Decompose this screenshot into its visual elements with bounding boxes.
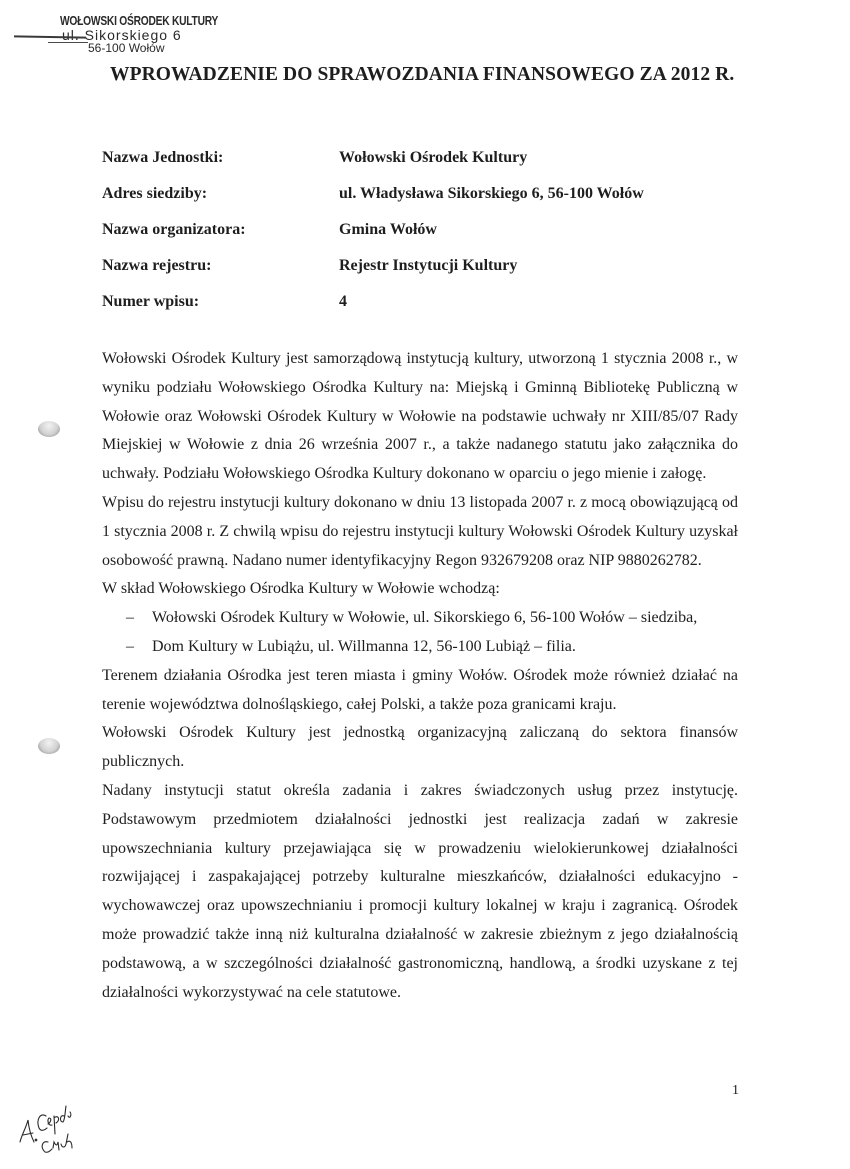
dash-bullet-icon: – [126, 633, 152, 662]
paragraph-composition-intro: W skład Wołowskiego Ośrodka Kultury w Wo… [102, 575, 738, 604]
info-row-organizer: Nazwa organizatora: Gmina Wołów [102, 212, 644, 248]
list-item: – Wołowski Ośrodek Kultury w Wołowie, ul… [102, 604, 738, 633]
document-body: Wołowski Ośrodek Kultury jest samorządow… [102, 345, 738, 1007]
units-list: – Wołowski Ośrodek Kultury w Wołowie, ul… [102, 604, 738, 662]
page-number: 1 [732, 1083, 739, 1099]
entity-info-table: Nazwa Jednostki: Wołowski Ośrodek Kultur… [102, 140, 644, 320]
info-row-register: Nazwa rejestru: Rejestr Instytucji Kultu… [102, 248, 644, 284]
paragraph-registration: Wpisu do rejestru instytucji kultury dok… [102, 489, 738, 575]
info-label: Nazwa Jednostki: [102, 149, 339, 167]
info-label: Adres siedziby: [102, 185, 339, 203]
info-value: ul. Władysława Sikorskiego 6, 56-100 Woł… [339, 185, 644, 203]
punch-hole [38, 421, 60, 437]
list-item-text: Wołowski Ośrodek Kultury w Wołowie, ul. … [152, 604, 697, 633]
stamp-pen-stroke [48, 42, 88, 43]
info-row-entry-number: Numer wpisu: 4 [102, 284, 644, 320]
paragraph-history: Wołowski Ośrodek Kultury jest samorządow… [102, 345, 738, 489]
paragraph-statute: Nadany instytucji statut określa zadania… [102, 777, 738, 1007]
organization-stamp: WOŁOWSKI OŚRODEK KULTURY ul. Sikorskiego… [60, 14, 253, 55]
list-item: – Dom Kultury w Lubiążu, ul. Willmanna 1… [102, 633, 738, 662]
paragraph-sector: Wołowski Ośrodek Kultury jest jednostką … [102, 719, 738, 777]
info-value: 4 [339, 293, 347, 311]
info-label: Nazwa rejestru: [102, 257, 339, 275]
info-value: Rejestr Instytucji Kultury [339, 257, 517, 275]
document-title: WPROWADZENIE DO SPRAWOZDANIA FINANSOWEGO… [110, 64, 734, 86]
info-value: Gmina Wołów [339, 221, 437, 239]
paragraph-territory: Terenem działania Ośrodka jest teren mia… [102, 662, 738, 720]
dash-bullet-icon: – [126, 604, 152, 633]
list-item-text: Dom Kultury w Lubiążu, ul. Willmanna 12,… [152, 633, 576, 662]
info-value: Wołowski Ośrodek Kultury [339, 149, 527, 167]
stamp-org-name: WOŁOWSKI OŚRODEK KULTURY [60, 14, 218, 28]
stamp-city: 56-100 Wołów [88, 41, 253, 55]
handwritten-signature [12, 1090, 82, 1160]
stamp-pen-stroke [14, 35, 86, 38]
info-row-entity-name: Nazwa Jednostki: Wołowski Ośrodek Kultur… [102, 140, 644, 176]
info-row-address: Adres siedziby: ul. Władysława Sikorskie… [102, 176, 644, 212]
info-label: Numer wpisu: [102, 293, 339, 311]
info-label: Nazwa organizatora: [102, 221, 339, 239]
punch-hole [38, 738, 60, 754]
